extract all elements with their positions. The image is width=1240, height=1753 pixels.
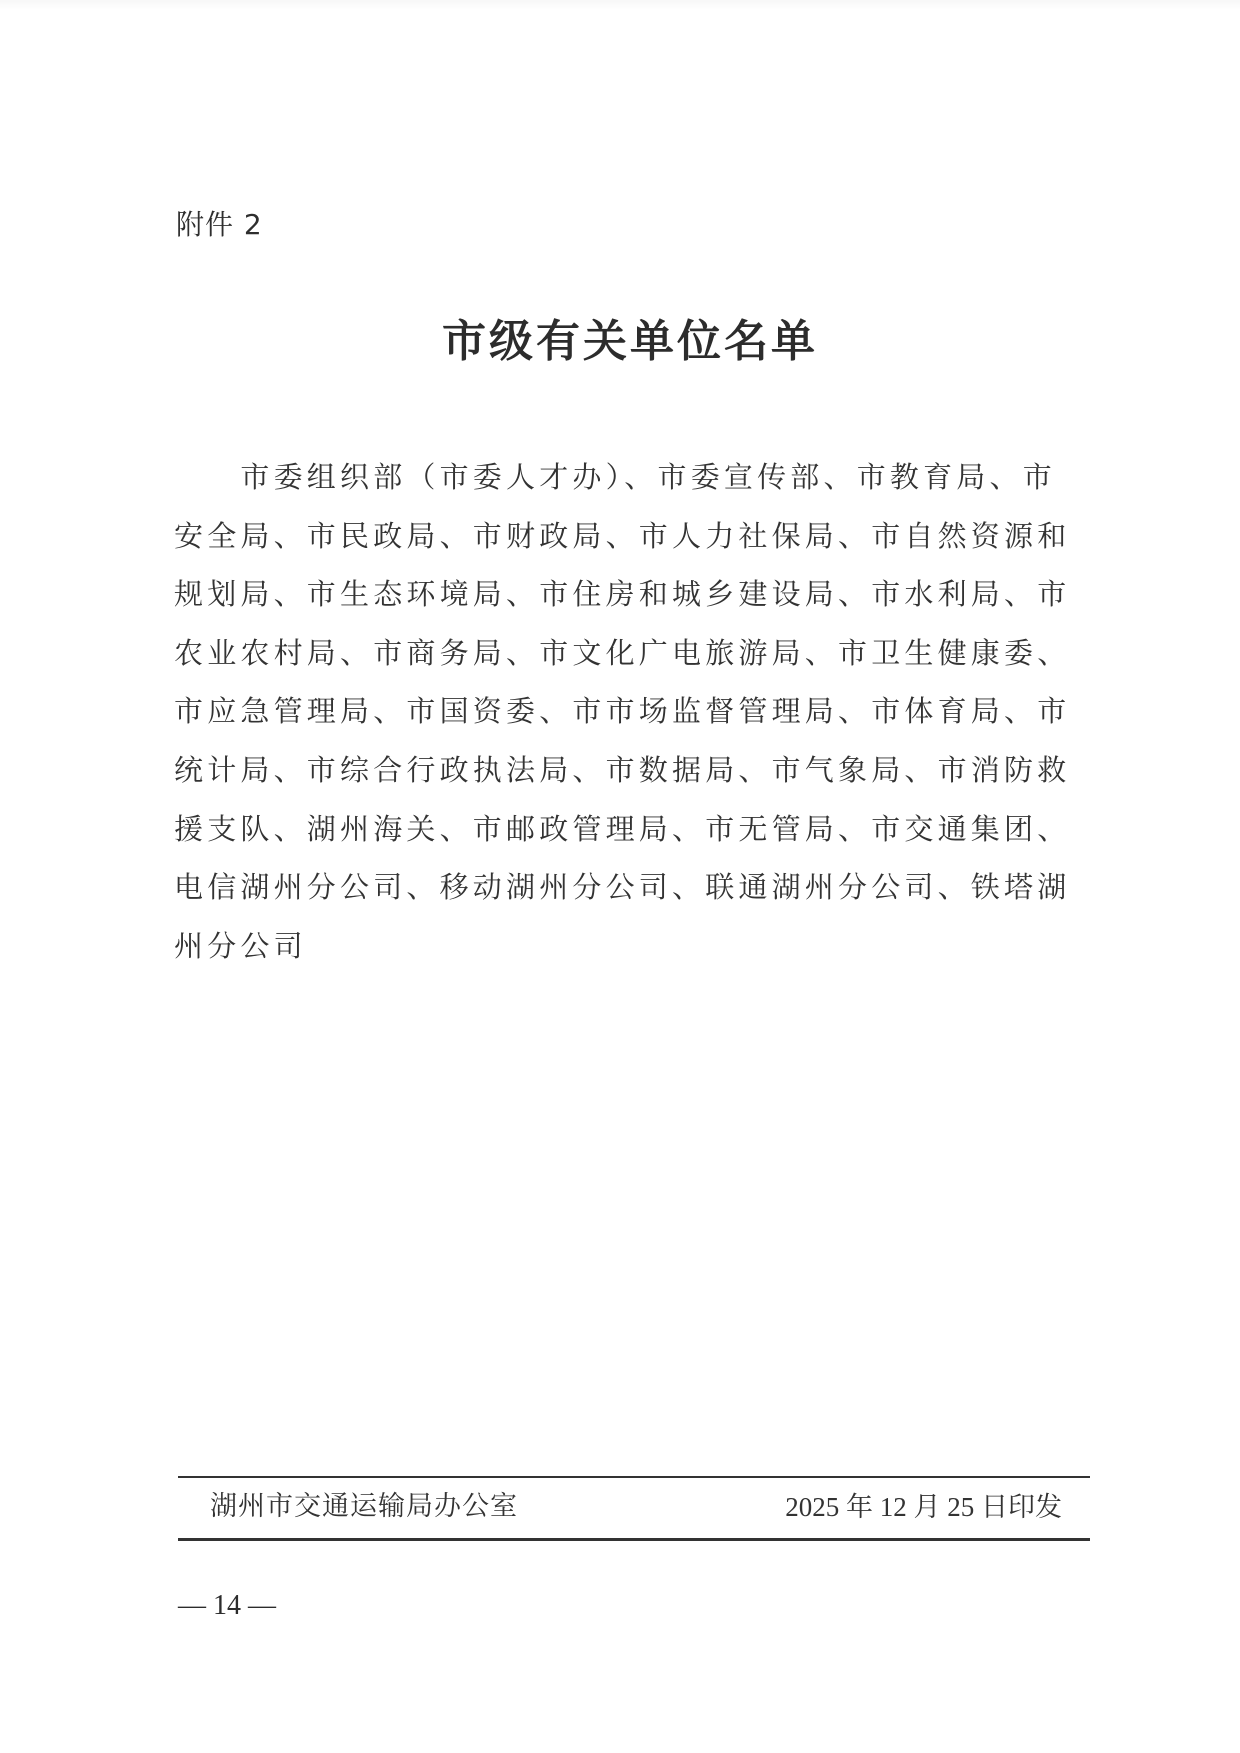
imprint-date: 2025 年 12 月 25 日印发 xyxy=(785,1487,1062,1527)
scan-edge xyxy=(0,0,1240,10)
imprint-top-rule xyxy=(178,1476,1090,1478)
body-line: 援支队、湖州海关、市邮政管理局、市无管局、市交通集团、 xyxy=(174,800,1090,859)
page-number: — 14 — xyxy=(178,1588,276,1624)
body-line: 安全局、市民政局、市财政局、市人力社保局、市自然资源和 xyxy=(174,507,1090,566)
imprint-bottom-rule xyxy=(178,1538,1090,1541)
body-line: 统计局、市综合行政执法局、市数据局、市气象局、市消防救 xyxy=(174,741,1090,800)
imprint-issuer: 湖州市交通运输局办公室 xyxy=(210,1487,518,1527)
unit-list-paragraph: 市委组织部（市委人才办）、市委宣传部、市教育局、市 安全局、市民政局、市财政局、… xyxy=(174,448,1090,975)
page-title: 市级有关单位名单 xyxy=(0,312,1240,372)
body-line: 市委组织部（市委人才办）、市委宣传部、市教育局、市 xyxy=(174,448,1090,507)
attachment-label: 附件 2 xyxy=(176,205,263,245)
body-line: 市应急管理局、市国资委、市市场监督管理局、市体育局、市 xyxy=(174,682,1090,741)
body-line: 州分公司 xyxy=(174,917,1090,976)
body-line: 规划局、市生态环境局、市住房和城乡建设局、市水利局、市 xyxy=(174,565,1090,624)
body-line: 农业农村局、市商务局、市文化广电旅游局、市卫生健康委、 xyxy=(174,624,1090,683)
body-line: 电信湖州分公司、移动湖州分公司、联通湖州分公司、铁塔湖 xyxy=(174,858,1090,917)
